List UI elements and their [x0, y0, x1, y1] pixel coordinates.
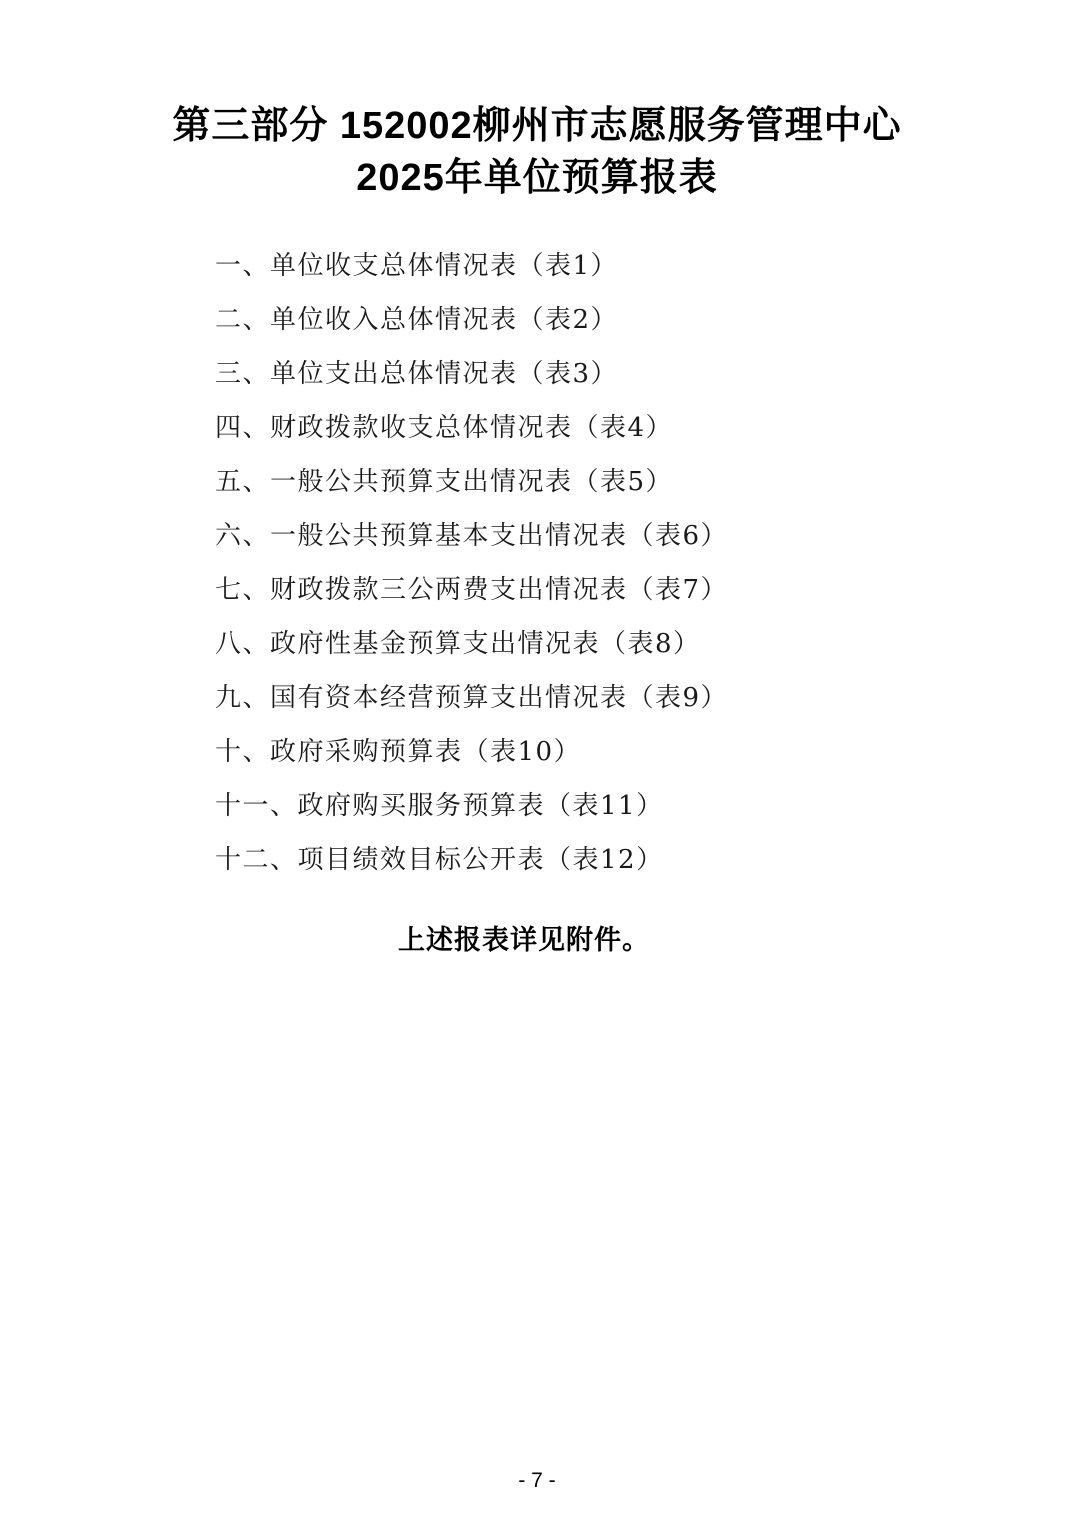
- report-table-list: 一、单位收支总体情况表（表1） 二、单位收入总体情况表（表2） 三、单位支出总体…: [215, 239, 1034, 887]
- document-title-line-2: 2025年单位预算报表: [0, 152, 1074, 204]
- list-item-table-1: 一、单位收支总体情况表（表1）: [215, 239, 1034, 293]
- document-title-line-1: 第三部分 152002柳州市志愿服务管理中心: [0, 100, 1074, 152]
- list-item-table-10: 十、政府采购预算表（表10）: [215, 725, 1034, 779]
- list-item-table-8: 八、政府性基金预算支出情况表（表8）: [215, 617, 1034, 671]
- closing-note: 上述报表详见附件。: [398, 914, 650, 968]
- page-number: - 7 -: [0, 1466, 1074, 1496]
- list-item-table-7: 七、财政拨款三公两费支出情况表（表7）: [215, 563, 1034, 617]
- document-title: 第三部分 152002柳州市志愿服务管理中心 2025年单位预算报表: [0, 100, 1074, 204]
- list-item-table-4: 四、财政拨款收支总体情况表（表4）: [215, 401, 1034, 455]
- list-item-table-9: 九、国有资本经营预算支出情况表（表9）: [215, 671, 1034, 725]
- list-item-table-6: 六、一般公共预算基本支出情况表（表6）: [215, 509, 1034, 563]
- list-item-table-5: 五、一般公共预算支出情况表（表5）: [215, 455, 1034, 509]
- list-item-table-3: 三、单位支出总体情况表（表3）: [215, 347, 1034, 401]
- list-item-table-2: 二、单位收入总体情况表（表2）: [215, 293, 1034, 347]
- list-item-table-11: 十一、政府购买服务预算表（表11）: [215, 779, 1034, 833]
- list-item-table-12: 十二、项目绩效目标公开表（表12）: [215, 833, 1034, 887]
- document-page: 第三部分 152002柳州市志愿服务管理中心 2025年单位预算报表 一、单位收…: [0, 0, 1074, 1520]
